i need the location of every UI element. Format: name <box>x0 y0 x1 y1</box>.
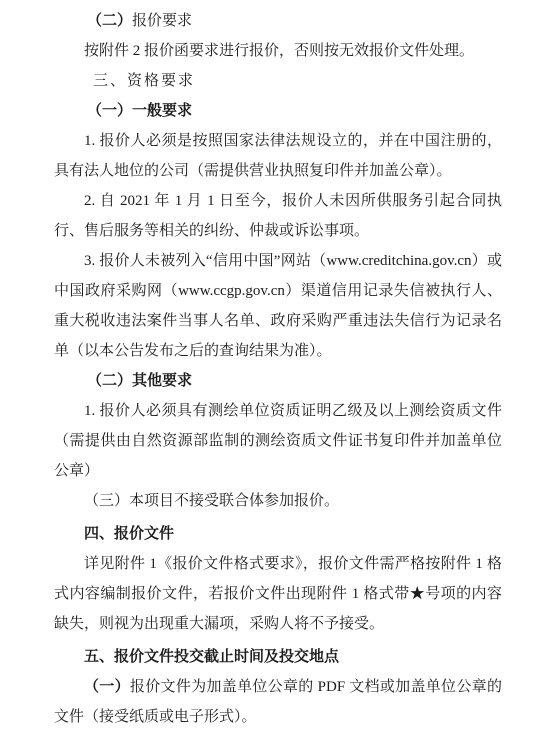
bold-text-run: （一） <box>84 678 130 695</box>
text-run: 1. 报价人必须具有测绘单位资质证明乙级及以上测绘资质文件（需提供由自然资源部监… <box>54 403 502 479</box>
bold-text-run: （一）一般要求 <box>87 102 192 119</box>
para-general-3: 3. 报价人未被列入“信用中国”网站（www.creditchina.gov.c… <box>54 246 502 366</box>
para-submission-format: （一）报价文件为加盖单位公章的 PDF 文档或加盖单位公章的文件（接受纸质或电子… <box>54 672 502 731</box>
para-other-1: 1. 报价人必须具有测绘单位资质证明乙级及以上测绘资质文件（需提供由自然资源部监… <box>54 396 502 486</box>
bold-text-run: （二） <box>87 12 132 29</box>
subheading-other-requirements: （二）其他要求 <box>54 366 502 396</box>
para-quotation-documents-detail: 详见附件 1《报价文件格式要求》，报价文件需严格按附件 1 格式内容编制报价文件… <box>54 549 502 639</box>
para-quote-instruction: 按附件 2 报价函要求进行报价，否则按无效报价文件处理。 <box>54 36 502 66</box>
bold-text-run: （二）其他要求 <box>87 372 192 389</box>
text-run: 报价要求 <box>132 13 192 29</box>
section-quotation-documents: 四、报价文件 <box>54 519 502 549</box>
section-qualification-requirements: 三、资格要求 <box>54 66 502 96</box>
document-page: （二）报价要求按附件 2 报价函要求进行报价，否则按无效报价文件处理。三、资格要… <box>0 0 557 731</box>
bold-text-run: 五、报价文件投交截止时间及投交地点 <box>84 648 339 665</box>
subheading-general-requirements: （一）一般要求 <box>54 96 502 126</box>
para-no-consortium: （三）本项目不接受联合体参加报价。 <box>54 486 502 516</box>
section-deadline-location: 五、报价文件投交截止时间及投交地点 <box>54 642 502 672</box>
text-run: 按附件 2 报价函要求进行报价，否则按无效报价文件处理。 <box>84 43 474 59</box>
text-run: 2. 自 2021 年 1 月 1 日至今，报价人未因所供服务引起合同执行、售后… <box>54 193 502 239</box>
para-general-2: 2. 自 2021 年 1 月 1 日至今，报价人未因所供服务引起合同执行、售后… <box>54 186 502 246</box>
para-general-1: 1. 报价人必须是按照国家法律法规设立的，并在中国注册的，具有法人地位的公司（需… <box>54 126 502 186</box>
subheading-quote-requirements: （二）报价要求 <box>54 6 502 36</box>
bold-text-run: 四、报价文件 <box>84 525 174 542</box>
text-run: 三、资格要求 <box>93 73 195 89</box>
text-run: （三）本项目不接受联合体参加报价。 <box>84 493 339 509</box>
text-run: 1. 报价人必须是按照国家法律法规设立的，并在中国注册的，具有法人地位的公司（需… <box>54 133 502 179</box>
text-run: 详见附件 1《报价文件格式要求》，报价文件需严格按附件 1 格式内容编制报价文件… <box>54 556 502 632</box>
text-run: 3. 报价人未被列入“信用中国”网站（www.creditchina.gov.c… <box>54 253 502 359</box>
